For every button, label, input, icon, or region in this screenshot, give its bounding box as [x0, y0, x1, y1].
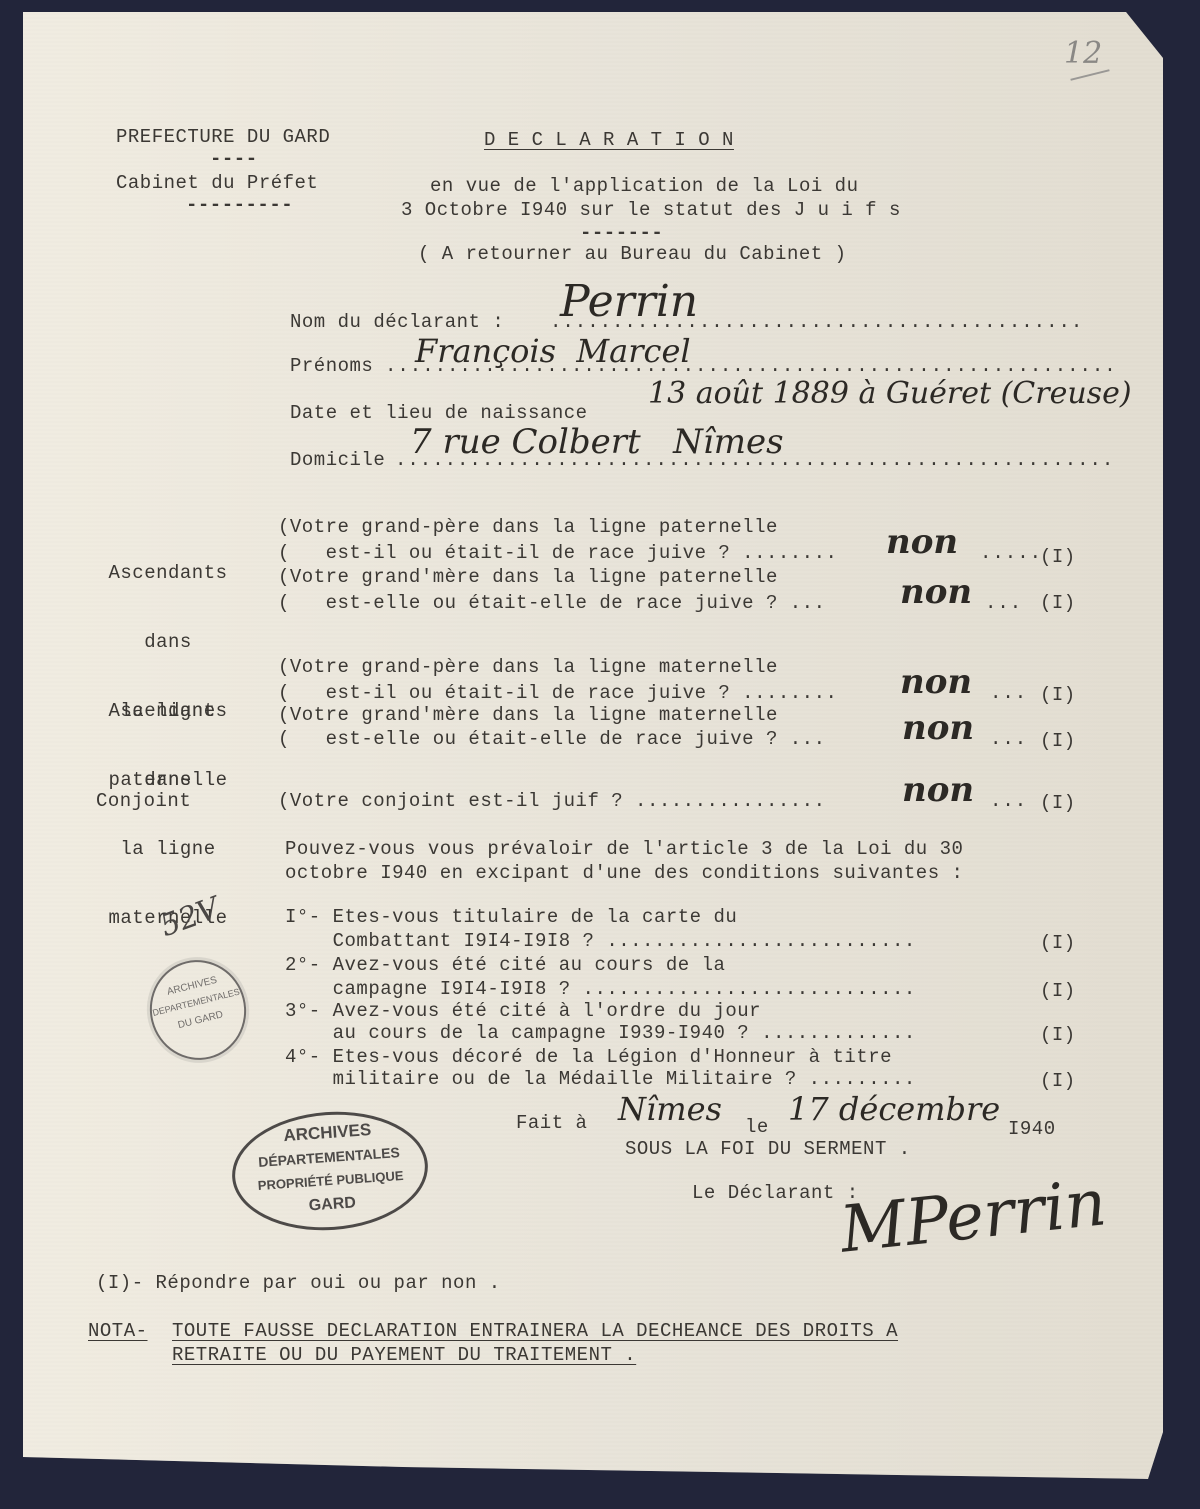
nota-label: NOTA-	[88, 1320, 148, 1342]
page-number: 12	[1064, 36, 1102, 71]
condition-text: 4°- Etes-vous décoré de la Légion d'Honn…	[285, 1046, 892, 1068]
question-text: (Votre grand'mère dans la ligne paternel…	[278, 566, 778, 588]
birth-label: Date et lieu de naissance	[290, 402, 588, 424]
condition-text: campagne I9I4-I9I8 ? ...................…	[285, 978, 916, 1000]
place-value[interactable]: Nîmes	[618, 1090, 722, 1128]
header-separator: ---------	[186, 194, 293, 216]
footnote-ref: (I)	[1040, 980, 1076, 1002]
section-label-line: Ascendants	[98, 700, 238, 723]
document-subtitle: 3 Octobre I940 sur le statut des J u i f…	[401, 199, 901, 221]
question-text: (Votre grand-père dans la ligne paternel…	[278, 516, 778, 538]
declarant-label: Le Déclarant :	[692, 1182, 859, 1204]
header-separator: ----	[210, 148, 258, 170]
condition-text: au cours de la campagne I939-I940 ? ....…	[285, 1022, 916, 1044]
answer-maternal-grandfather[interactable]: non	[900, 662, 972, 702]
section-label-line: Ascendants	[98, 562, 238, 585]
condition-text: I°- Etes-vous titulaire de la carte du	[285, 906, 737, 928]
answer-maternal-grandmother[interactable]: non	[902, 708, 974, 748]
year-value: I940	[1008, 1118, 1056, 1140]
declarant-name-value[interactable]: Perrin	[560, 276, 698, 327]
footnote-instruction: (I)- Répondre par oui ou par non .	[96, 1272, 501, 1294]
answer-paternal-grandmother[interactable]: non	[900, 572, 972, 612]
question-text: (Votre conjoint est-il juif ? ..........…	[278, 790, 826, 812]
nota-text: TOUTE FAUSSE DECLARATION ENTRAINERA LA D…	[172, 1320, 898, 1342]
condition-text: militaire ou de la Médaille Militaire ? …	[285, 1068, 916, 1090]
question-text: (Votre grand'mère dans la ligne maternel…	[278, 704, 778, 726]
footnote-ref: (I)	[1040, 546, 1076, 568]
answer-paternal-grandfather[interactable]: non	[886, 522, 958, 562]
date-le-label: le	[745, 1116, 769, 1138]
question-text: ( est-elle ou était-elle de race juive ?…	[278, 728, 826, 750]
first-names-value[interactable]: François Marcel	[415, 332, 691, 370]
first-names-label: Prénoms	[290, 355, 373, 377]
document-title: D E C L A R A T I O N	[484, 129, 734, 151]
document-subtitle: en vue de l'application de la Loi du	[430, 175, 858, 197]
declarant-name-label: Nom du déclarant :	[290, 311, 504, 333]
footnote-ref: (I)	[1040, 1024, 1076, 1046]
section-label-line: la ligne	[98, 838, 238, 861]
article3-intro: Pouvez-vous vous prévaloir de l'article …	[285, 838, 963, 860]
section-label-spouse: Conjoint	[96, 790, 191, 812]
question-text: ( est-elle ou était-elle de race juive ?…	[278, 592, 826, 614]
field-dots: ...	[990, 728, 1027, 750]
domicile-label: Domicile	[290, 449, 385, 471]
section-label-line: dans	[98, 769, 238, 792]
header-separator: -------	[580, 222, 663, 244]
question-text: ( est-il ou était-il de race juive ? ...…	[278, 682, 837, 704]
prefecture-heading: PREFECTURE DU GARD	[116, 126, 330, 148]
footnote-ref: (I)	[1040, 932, 1076, 954]
question-text: (Votre grand-père dans la ligne maternel…	[278, 656, 778, 678]
field-dots: ...	[990, 682, 1027, 704]
question-text: ( est-il ou était-il de race juive ? ...…	[278, 542, 837, 564]
domicile-value[interactable]: 7 rue Colbert Nîmes	[410, 422, 784, 462]
condition-text: 2°- Avez-vous été cité au cours de la	[285, 954, 725, 976]
oath-text: SOUS LA FOI DU SERMENT .	[625, 1138, 911, 1160]
return-instruction: ( A retourner au Bureau du Cabinet )	[418, 243, 846, 265]
field-dots: ...	[990, 790, 1027, 812]
field-dots: .....	[980, 542, 1042, 564]
footnote-ref: (I)	[1040, 592, 1076, 614]
date-value[interactable]: 17 décembre	[788, 1090, 1000, 1128]
birth-value[interactable]: 13 août 1889 à Guéret (Creuse)	[648, 376, 1132, 411]
field-dots: ...	[985, 592, 1022, 614]
footnote-ref: (I)	[1040, 792, 1076, 814]
footnote-ref: (I)	[1040, 730, 1076, 752]
nota-text: RETRAITE OU DU PAYEMENT DU TRAITEMENT .	[172, 1344, 636, 1366]
footnote-ref: (I)	[1040, 684, 1076, 706]
answer-spouse[interactable]: non	[902, 770, 974, 810]
fait-a-label: Fait à	[516, 1112, 587, 1134]
cabinet-heading: Cabinet du Préfet	[116, 172, 318, 194]
condition-text: Combattant I9I4-I9I8 ? .................…	[285, 930, 916, 952]
condition-text: 3°- Avez-vous été cité à l'ordre du jour	[285, 1000, 761, 1022]
article3-intro: octobre I940 en excipant d'une des condi…	[285, 862, 963, 884]
section-label-line: dans	[98, 631, 238, 654]
footnote-ref: (I)	[1040, 1070, 1076, 1092]
